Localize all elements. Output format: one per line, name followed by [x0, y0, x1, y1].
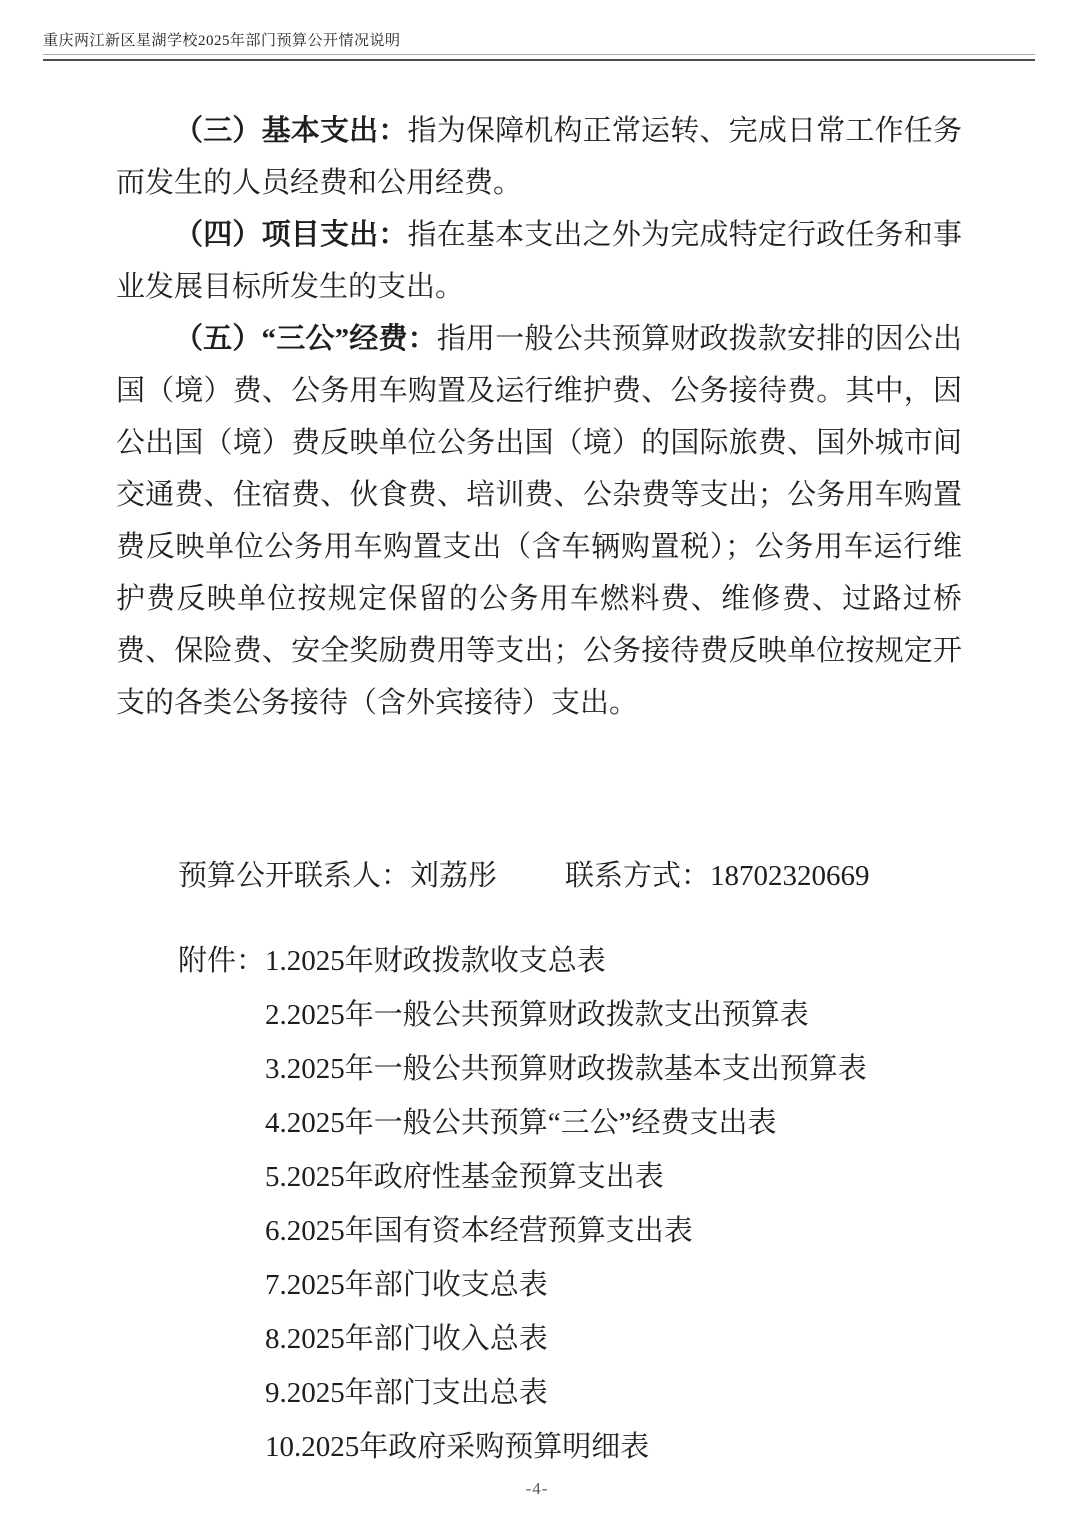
attachment-item: 7.2025年部门收支总表	[265, 1258, 962, 1312]
paragraph-three-public-funds: （五）“三公”经费：指用一般公共预算财政拨款安排的因公出国（境）费、公务用车购置…	[116, 313, 962, 729]
attachments-label: 附件：	[178, 934, 265, 988]
page-footer: -4-	[0, 1479, 1074, 1499]
attachment-item: 9.2025年部门支出总表	[265, 1366, 962, 1420]
attachment-item: 5.2025年政府性基金预算支出表	[265, 1150, 962, 1204]
attachment-item: 10.2025年政府采购预算明细表	[265, 1420, 962, 1474]
header-rule	[43, 54, 1035, 61]
attachments-list: 1.2025年财政拨款收支总表 2.2025年一般公共预算财政拨款支出预算表 3…	[265, 934, 962, 1474]
document-body: （三）基本支出：指为保障机构正常运转、完成日常工作任务而发生的人员经费和公用经费…	[116, 105, 962, 1474]
paragraph-project-expenditure: （四）项目支出：指在基本支出之外为完成特定行政任务和事业发展目标所发生的支出。	[116, 209, 962, 313]
attachment-item: 8.2025年部门收入总表	[265, 1312, 962, 1366]
contact-phone-label: 联系方式：	[565, 860, 710, 892]
header-title: 重庆两江新区星湖学校2025年部门预算公开情况说明	[43, 32, 1035, 50]
page-header: 重庆两江新区星湖学校2025年部门预算公开情况说明	[43, 32, 1035, 61]
contact-phone-number: 18702320669	[710, 860, 870, 892]
paragraph-lead: （五）“三公”经费：	[174, 323, 437, 355]
contact-line: 预算公开联系人：刘荔彤联系方式：18702320669	[116, 850, 962, 902]
paragraph-text: 指用一般公共预算财政拨款安排的因公出国（境）费、公务用车购置及运行维护费、公务接…	[116, 323, 962, 719]
paragraph-lead: （三）基本支出：	[174, 115, 408, 147]
paragraph-basic-expenditure: （三）基本支出：指为保障机构正常运转、完成日常工作任务而发生的人员经费和公用经费…	[116, 105, 962, 209]
attachments-section: 附件： 1.2025年财政拨款收支总表 2.2025年一般公共预算财政拨款支出预…	[116, 934, 962, 1474]
attachment-item: 6.2025年国有资本经营预算支出表	[265, 1204, 962, 1258]
contact-person-label: 预算公开联系人：	[178, 860, 410, 892]
attachment-item: 2.2025年一般公共预算财政拨款支出预算表	[265, 988, 962, 1042]
attachment-item: 1.2025年财政拨款收支总表	[265, 934, 962, 988]
attachment-item: 3.2025年一般公共预算财政拨款基本支出预算表	[265, 1042, 962, 1096]
page-number: -4-	[526, 1479, 549, 1498]
contact-person-name: 刘荔彤	[410, 860, 497, 892]
paragraph-lead: （四）项目支出：	[174, 219, 408, 251]
document-page: 重庆两江新区星湖学校2025年部门预算公开情况说明 （三）基本支出：指为保障机构…	[0, 0, 1074, 1520]
attachment-item: 4.2025年一般公共预算“三公”经费支出表	[265, 1096, 962, 1150]
